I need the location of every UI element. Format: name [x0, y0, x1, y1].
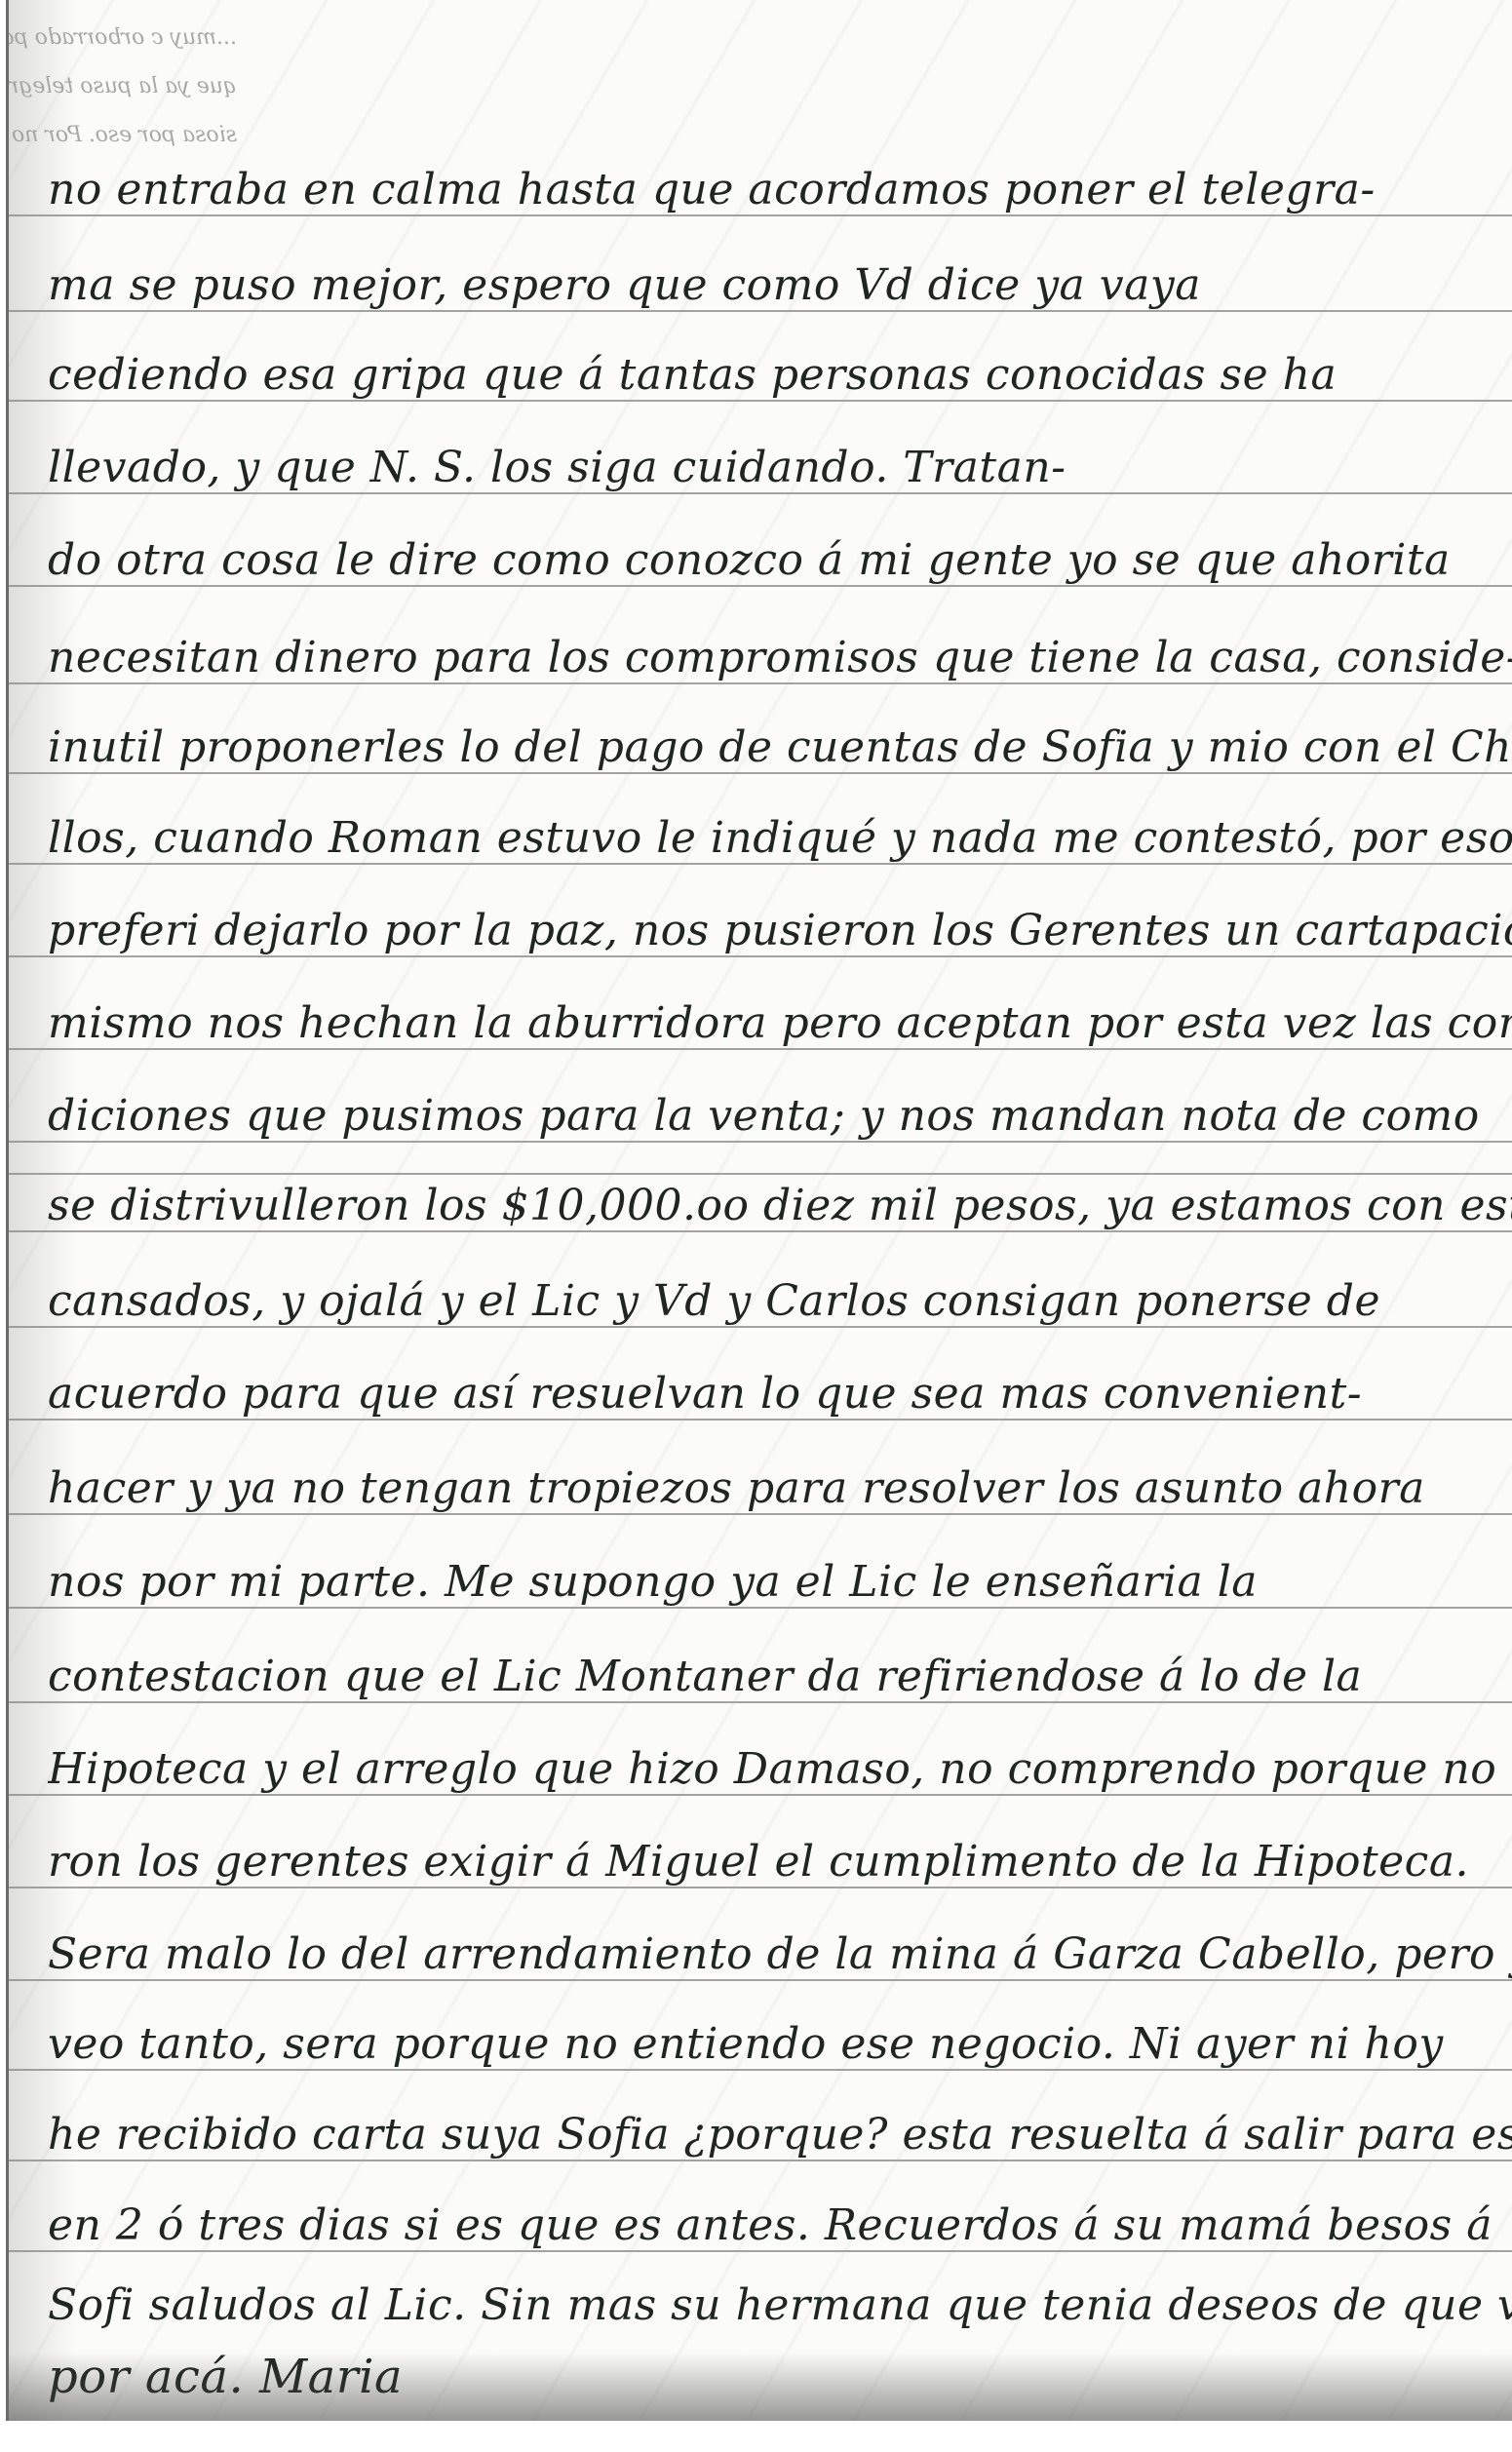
letter-line: necesitan dinero para los compromisos qu… [48, 629, 1512, 691]
letter-line: mismo nos hechan la aburridora pero acep… [48, 994, 1512, 1057]
bleed-line: siosa por eso. Por no decir que [22, 111, 237, 160]
bleed-line: que ya la puso telegrama esta an- [22, 62, 237, 111]
letter-line: llevado, y que N. S. los siga cuidando. … [48, 439, 1512, 501]
letter-line: inutil proponerles lo del pago de cuenta… [48, 719, 1512, 781]
letter-line: veo tanto, sera porque no entiendo ese n… [48, 2015, 1512, 2078]
letter-line: se distrivulleron los $10,000.oo diez mi… [48, 1177, 1512, 1239]
letter-line: Sofi saludos al Lic. Sin mas su hermana … [48, 2277, 1512, 2339]
letter-line: cediendo esa gripa que á tantas personas… [48, 346, 1512, 409]
bleed-line: ...muy c orborrado por falta de encanto [22, 14, 237, 62]
letter-line: ron los gerentes exigir á Miguel el cump… [48, 1833, 1512, 1895]
letter-line: acuerdo para que así resuelvan lo que se… [48, 1365, 1512, 1427]
letter-line: do otra cosa le dire como conozco á mi g… [48, 531, 1512, 594]
bleed-through-text: ...muy c orborrado por falta de encanto … [22, 14, 237, 160]
letter-line: he recibido carta suya Sofia ¿porque? es… [48, 2106, 1512, 2168]
letter-line: llos, cuando Roman estuvo le indiqué y n… [48, 809, 1512, 872]
closing-line-with-signature: por acá. Maria [48, 2348, 1512, 2410]
letter-line: nos por mi parte. Me supongo ya el Lic l… [48, 1553, 1512, 1615]
ruled-line [9, 1173, 1512, 1175]
letter-line: Hipoteca y el arreglo que hizo Damaso, n… [48, 1740, 1512, 1803]
letter-line: en 2 ó tres dias si es que es antes. Rec… [48, 2197, 1512, 2259]
letter-line: Sera malo lo del arrendamiento de la min… [48, 1926, 1512, 1988]
letter-line: diciones que pusimos para la venta; y no… [48, 1087, 1512, 1149]
letter-line: no entraba en calma hasta que acordamos … [48, 161, 1512, 223]
letter-line: cansados, y ojalá y el Lic y Vd y Carlos… [48, 1272, 1512, 1335]
letter-line: ma se puso mejor, espero que como Vd dic… [48, 256, 1512, 319]
letter-line: preferi dejarlo por la paz, nos pusieron… [48, 902, 1512, 964]
letter-line: hacer y ya no tengan tropiezos para reso… [48, 1460, 1512, 1522]
letter-line: contestacion que el Lic Montaner da refi… [48, 1648, 1512, 1710]
letter-page: ...muy c orborrado por falta de encanto … [6, 0, 1512, 2421]
